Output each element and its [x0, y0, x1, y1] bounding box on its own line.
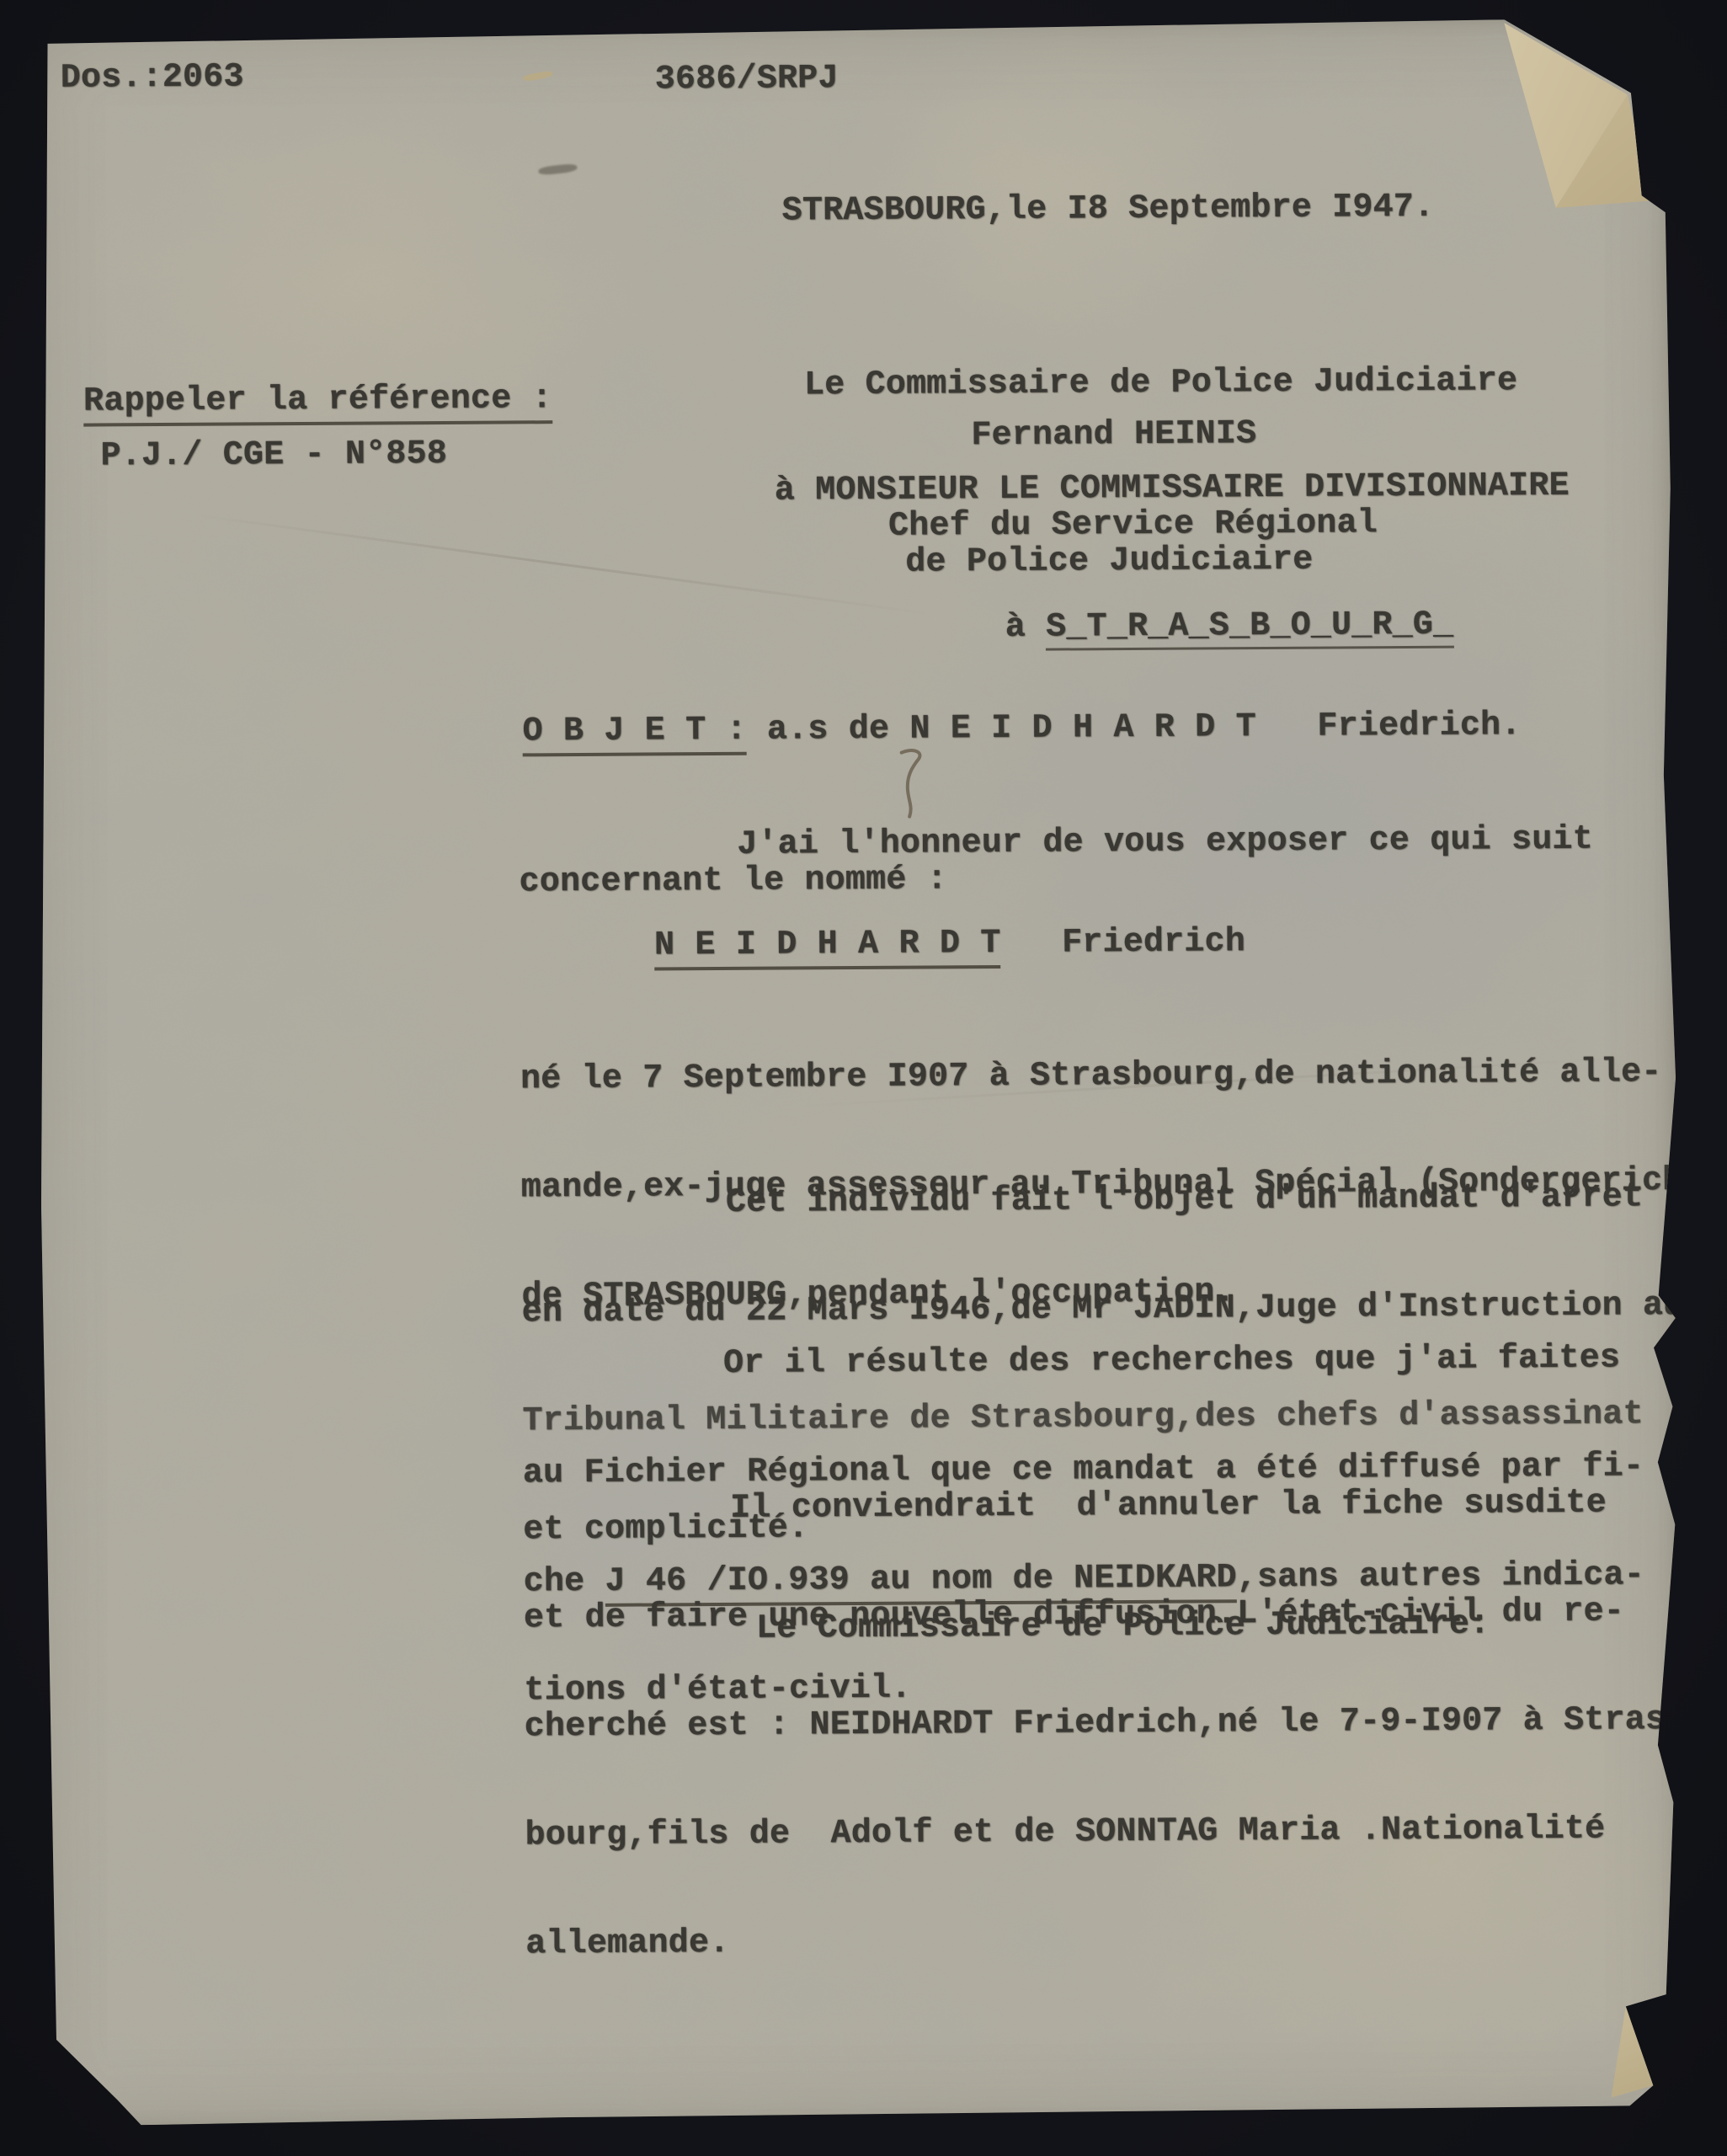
paragraph-4-line-3: cherché est : NEIDHARDT Friedrich,né le … [525, 1702, 1687, 1745]
folded-corner-bottom-left [50, 2037, 143, 2131]
recipient-city-line: à S_T_R_A_S_B_O_U_R_G_ [1005, 607, 1454, 646]
folded-corner-top-right-flap [1555, 93, 1666, 211]
letter-page: Dos.:2063 3686/SRPJ STRASBOURG,le I8 Sep… [25, 17, 1685, 2129]
recall-reference-number: P.J./ CGE - N°858 [100, 436, 447, 475]
recipient-role-2: de Police Judiciaire [905, 542, 1313, 581]
subject-line: O B J E T : a.s de N E I D H A R D T Fri… [522, 707, 1521, 750]
recipient-role-1: Chef du Service Régional [888, 505, 1378, 545]
file-reference: 3686/SRPJ [655, 61, 839, 98]
paragraph-1-line-1: né le 7 Septembre I907 à Strasbourg,de n… [520, 1054, 1703, 1098]
recipient-line: à MONSIEUR LE COMMISSAIRE DIVISIONNAIRE [775, 468, 1570, 510]
dossier-number: Dos.:2063 [61, 59, 244, 96]
paragraph-3-line-1: Or il résulte des recherches que j'ai fa… [522, 1340, 1643, 1383]
handwritten-checkmark [890, 747, 933, 823]
subject-name-heading: N E I D H A R D T Friedrich [654, 924, 1245, 963]
sender-name: Fernand HEINIS [971, 416, 1256, 454]
recipient-city: S_T_R_A_S_B_O_U_R_G_ [1046, 606, 1453, 651]
surname-heading: N E I D H A R D T [654, 925, 1001, 971]
paragraph-4-line-5: allemande. [525, 1919, 1687, 1962]
closing-signature-line: Le Commissaire de Police Judiciaire: [756, 1606, 1490, 1646]
paragraph-2-line-1: Cet individu fait l'objet d'un mandat d'… [521, 1179, 1683, 1222]
paragraph-4-line-1: Il conviendrait d'annuler la fiche susdi… [523, 1485, 1685, 1528]
intro-line-1: J'ai l'honneur de vous exposer ce qui su… [737, 822, 1593, 863]
subject-text: a.s de N E I D H A R D T Friedrich. [747, 707, 1522, 750]
paragraph-4-line-4: bourg,fils de Adolf et de SONNTAG Maria … [525, 1811, 1687, 1854]
subject-label: O B J E T : [522, 712, 747, 757]
paper-crease [184, 512, 935, 616]
intro-line-2: concernant le nommé : [519, 862, 947, 900]
recall-reference-label-text: Rappeler la référence : [83, 380, 552, 426]
paragraph-4: Il conviendrait d'annuler la fiche susdi… [523, 1412, 1688, 2035]
city-prefix: à [1005, 609, 1047, 647]
pencil-mark [538, 163, 578, 176]
photo-background: Dos.:2063 3686/SRPJ STRASBOURG,le I8 Sep… [0, 0, 1727, 2156]
folded-corner-top-right [1504, 19, 1656, 213]
firstname-heading: Friedrich [1000, 923, 1245, 963]
ink-smudge [522, 70, 553, 82]
recall-reference-label: Rappeler la référence : [83, 381, 552, 419]
dateline: STRASBOURG,le I8 Septembre I947. [782, 189, 1435, 230]
sender-title: Le Commissaire de Police Judiciaire [804, 363, 1517, 403]
